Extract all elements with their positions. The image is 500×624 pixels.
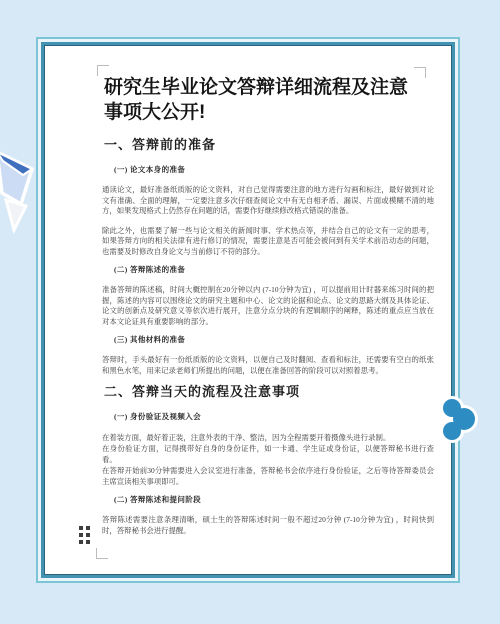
article-title: 研究生毕业论文答辩详细流程及注意事项大公开! [104,75,426,125]
section-1-sub-1-heading: (一) 论文本身的准备 [114,166,426,174]
page-border-frame: 研究生毕业论文答辩详细流程及注意事项大公开! 一、答辩前的准备 (一) 论文本身… [36,37,460,583]
paragraph: 在答辩开始前30分钟需要进入会议室进行准备，答辩秘书会依序进行身份验证，之后等待… [102,465,434,487]
section-2-sub-1-heading: (一) 身份验证及视频入会 [114,413,426,421]
paragraph-group: 在着装方面，最好着正装，注意外表的干净、整洁，因为全程需要开着摄像头进行录制。 … [102,432,426,487]
paper-plane-icon [0,140,38,236]
section-1-sub-3-heading: (三) 其他材料的准备 [114,336,426,344]
article-image: 研究生毕业论文答辩详细流程及注意事项大公开! 一、答辩前的准备 (一) 论文本身… [0,0,500,624]
paragraph: 答辩陈述需要注意条理清晰，硕士生的答辩陈述时间一般不超过20分钟 (7-10分钟… [102,515,434,536]
clover-shape-icon [440,395,478,445]
paragraph: 在着装方面，最好着正装，注意外表的干净、整洁，因为全程需要开着摄像头进行录制。 [102,432,434,443]
section-2-heading: 二、答辩当天的流程及注意事项 [104,385,426,399]
section-2-sub-2-heading: (二) 答辩陈述和提问阶段 [114,496,426,504]
text-boundary-mark-top-right [414,67,426,78]
paragraph: 通读论文，最好准备纸质版的论文资料，对自己觉得需要注意的地方进行勾画和标注，最好… [102,185,434,217]
section-1-heading: 一、答辩前的准备 [104,138,426,152]
paragraph: 准备答辩的陈述稿，时间大概控制在20分钟以内 (7-10分钟为宜) ，可以提前用… [102,285,434,327]
page-content: 研究生毕业论文答辩详细流程及注意事项大公开! 一、答辩前的准备 (一) 论文本身… [48,49,448,571]
paragraph: 答辩时，手头最好有一份纸质版的论文资料，以便自己及时翻阅、查看和标注，还需要有空… [102,355,434,376]
page: 研究生毕业论文答辩详细流程及注意事项大公开! 一、答辩前的准备 (一) 论文本身… [41,42,455,578]
text-boundary-mark-bottom-left [96,548,108,559]
drag-handle-dots-icon[interactable] [79,526,90,546]
paragraph: 除此之外，也需要了解一些与论文相关的新闻时事、学术热点等，并结合自己的论文有一定… [102,226,434,258]
section-1-sub-2-heading: (二) 答辩陈述的准备 [114,266,426,274]
text-boundary-mark-top-left [97,65,109,76]
paragraph: 在身份验证方面，记得携带好自身的身份证件，如一卡通、学生证或身份证，以便答辩秘书… [102,443,434,465]
